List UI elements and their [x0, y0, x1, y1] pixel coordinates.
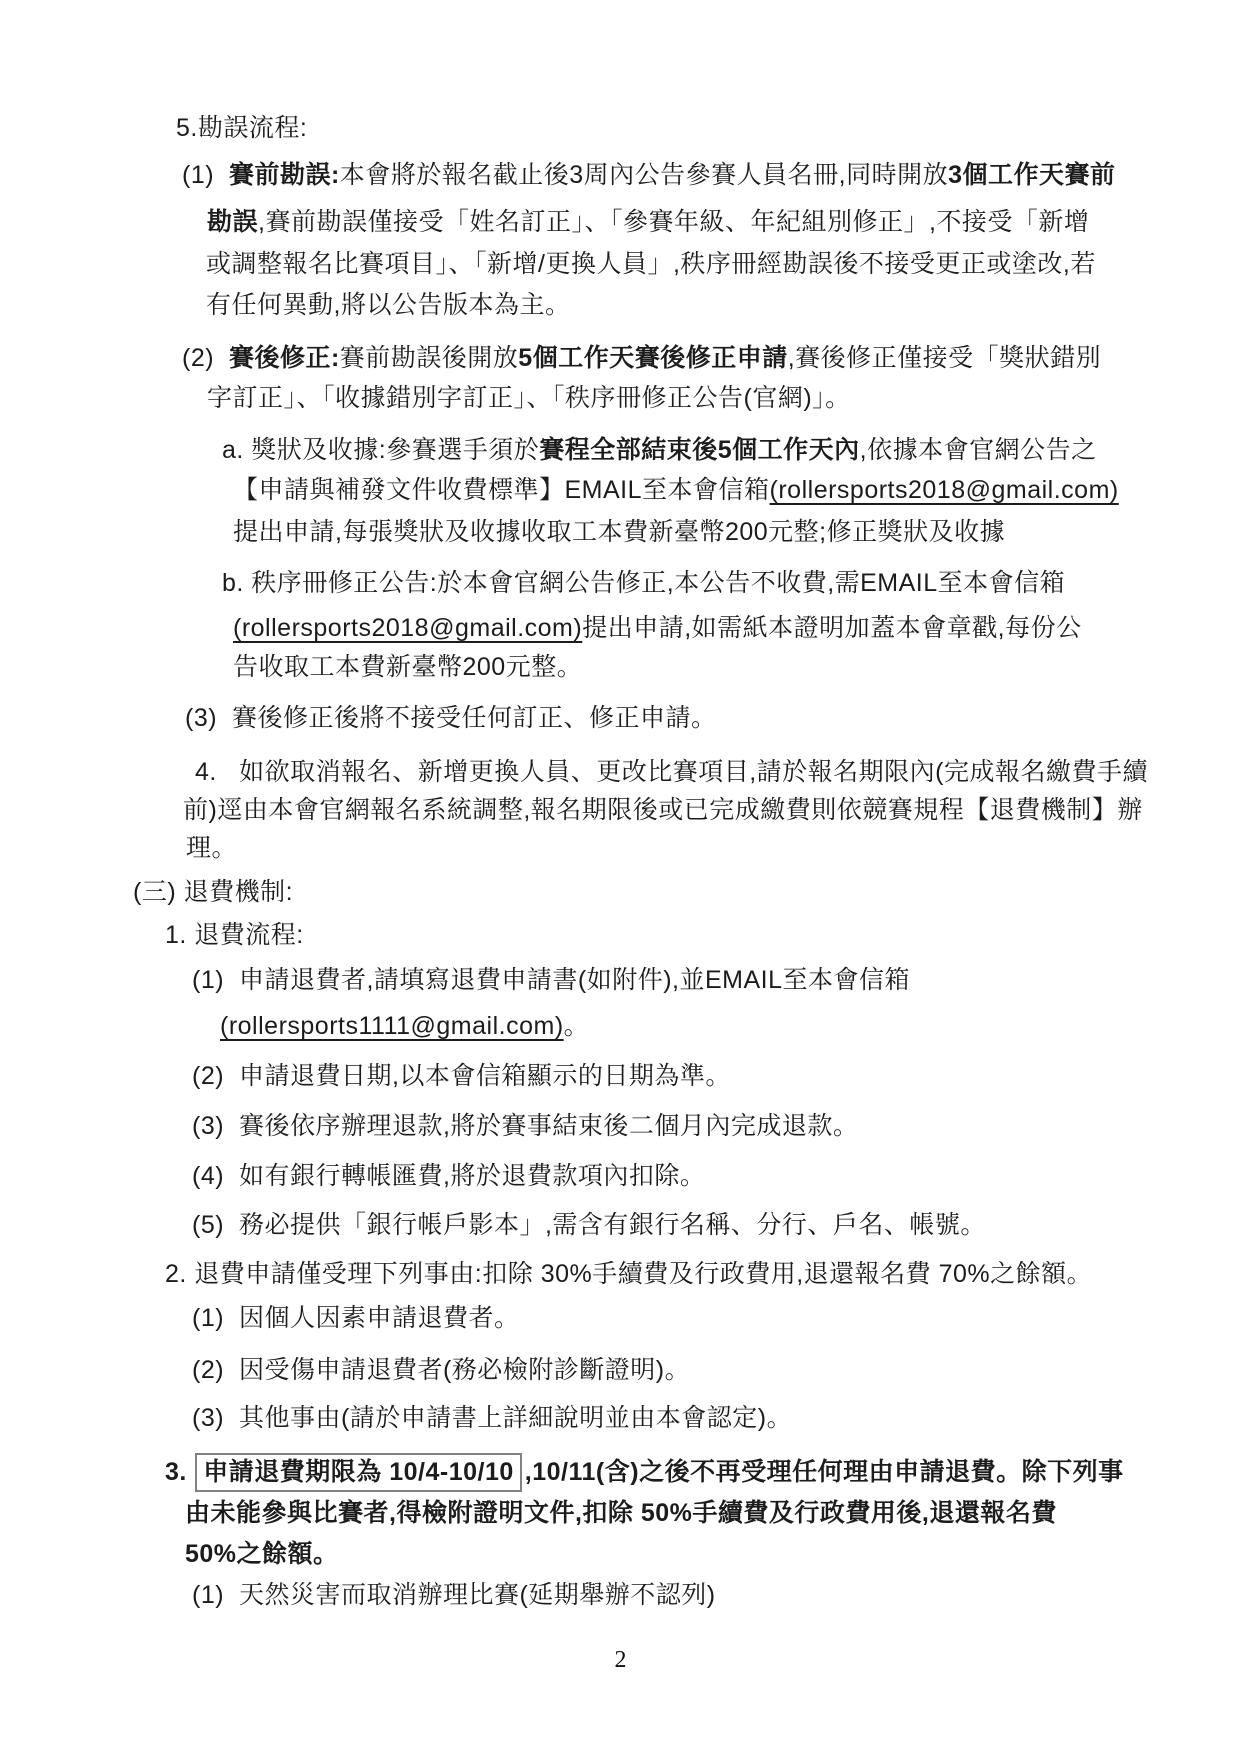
text-line-11: b. 秩序冊修正公告:於本會官網公告修正,本公告不收費,需EMAIL至本會信箱 [222, 564, 1065, 602]
text-segment: (2) [182, 344, 229, 372]
text-segment: a. 獎狀及收據:參賽選手須於 [222, 436, 539, 464]
text-line-10: 提出申請,每張獎狀及收據收取工本費新臺幣200元整;修正獎狀及收據 [233, 513, 1005, 551]
text-segment: 3. [165, 1458, 194, 1486]
text-segment: (1) 天然災害而取消辦理比賽(延期舉辦不認列) [192, 1581, 716, 1609]
text-segment: (2) 因受傷申請退費者(務必檢附診斷證明)。 [192, 1356, 690, 1384]
text-segment: 賽前勘誤後開放 [340, 344, 519, 372]
text-segment: (2) 申請退費日期,以本會信箱顯示的日期為準。 [192, 1062, 731, 1090]
text-segment: 2. 退費申請僅受理下列事由:扣除 30%手續費及行政費用,退還報名費 70%之… [165, 1260, 1092, 1288]
text-line-4: 或調整報名比賽項目」、「新增/更換人員」,秩序冊經勘誤後不接受更正或塗改,若 [206, 245, 1096, 283]
text-segment: 賽程全部結束後5個工作天內 [539, 436, 859, 464]
text-line-32: 50%之餘額。 [185, 1535, 339, 1573]
text-line-26: 2. 退費申請僅受理下列事由:扣除 30%手續費及行政費用,退還報名費 70%之… [165, 1255, 1092, 1293]
text-line-16: 前)逕由本會官網報名系統調整,報名期限後或已完成繳費則依競賽規程【退費機制】辦 [183, 791, 1143, 829]
text-line-30: 3. 申請退費期限為 10/4-10/10,10/11(含)之後不再受理任何理由… [165, 1453, 1124, 1492]
text-segment: b. 秩序冊修正公告:於本會官網公告修正,本公告不收費,需EMAIL至本會信箱 [222, 569, 1065, 597]
text-segment: (3) 其他事由(請於申請書上詳細說明並由本會認定)。 [192, 1404, 792, 1432]
text-segment: 5.勘誤流程: [176, 114, 307, 142]
text-segment: (1) 因個人因素申請退費者。 [192, 1304, 519, 1332]
text-segment: (3) 賽後依序辦理退款,將於賽事結束後二個月內完成退款。 [192, 1112, 858, 1140]
text-line-19: 1. 退費流程: [165, 916, 304, 954]
email-link[interactable]: (rollersports1111@gmail.com) [220, 1012, 564, 1040]
text-line-31: 由未能參與比賽者,得檢附證明文件,扣除 50%手續費及行政費用後,退還報名費 [185, 1494, 1057, 1532]
text-segment: 賽前勘誤: [229, 161, 340, 189]
text-segment: 提出申請,每張獎狀及收據收取工本費新臺幣200元整;修正獎狀及收據 [233, 518, 1005, 546]
text-segment: 5個工作天賽後修正申請 [518, 344, 787, 372]
text-segment: 由未能參與比賽者,得檢附證明文件,扣除 50%手續費及行政費用後,退還報名費 [185, 1499, 1057, 1527]
text-segment: 有任何異動,將以公告版本為主。 [206, 291, 570, 319]
text-line-7: 字訂正」、「收據錯別字訂正」、「秩序冊修正公告(官網)」。 [207, 379, 851, 417]
text-line-33: (1) 天然災害而取消辦理比賽(延期舉辦不認列) [192, 1576, 716, 1614]
text-line-2: (1) 賽前勘誤:本會將於報名截止後3周內公告參賽人員名冊,同時開放3個工作天賽… [182, 156, 1116, 194]
text-segment: 。 [564, 1012, 590, 1040]
text-line-13: 告收取工本費新臺幣200元整。 [233, 648, 582, 686]
text-line-29: (3) 其他事由(請於申請書上詳細說明並由本會認定)。 [192, 1399, 792, 1437]
text-line-8: a. 獎狀及收據:參賽選手須於賽程全部結束後5個工作天內,依據本會官網公告之 [222, 431, 1097, 469]
text-line-20: (1) 申請退費者,請填寫退費申請書(如附件),並EMAIL至本會信箱 [192, 961, 910, 999]
text-segment: 1. 退費流程: [165, 921, 304, 949]
text-segment: 或調整報名比賽項目」、「新增/更換人員」,秩序冊經勘誤後不接受更正或塗改,若 [206, 250, 1096, 278]
text-line-6: (2) 賽後修正:賽前勘誤後開放5個工作天賽後修正申請,賽後修正僅接受「獎狀錯別 [182, 339, 1101, 377]
text-line-17: 理。 [186, 829, 237, 867]
text-line-1: 5.勘誤流程: [176, 109, 307, 147]
text-line-18: (三) 退費機制: [133, 873, 293, 911]
text-line-14: (3) 賽後修正後將不接受任何訂正、修正申請。 [185, 699, 716, 737]
text-segment: 告收取工本費新臺幣200元整。 [233, 653, 582, 681]
text-line-22: (2) 申請退費日期,以本會信箱顯示的日期為準。 [192, 1057, 731, 1095]
text-segment: 本會將於報名截止後3周內公告參賽人員名冊,同時開放 [340, 161, 948, 189]
text-segment: (3) 賽後修正後將不接受任何訂正、修正申請。 [185, 704, 716, 732]
text-segment: (1) 申請退費者,請填寫退費申請書(如附件),並EMAIL至本會信箱 [192, 966, 910, 994]
text-segment: 3個工作天賽前 [948, 161, 1115, 189]
text-segment: ,賽後修正僅接受「獎狀錯別 [788, 344, 1101, 372]
text-segment: 【申請與補發文件收費標準】EMAIL至本會信箱 [233, 476, 770, 504]
document-page: 5.勘誤流程:(1) 賽前勘誤:本會將於報名截止後3周內公告參賽人員名冊,同時開… [0, 0, 1241, 1755]
text-segment: 50%之餘額。 [185, 1540, 339, 1568]
email-link[interactable]: (rollersports2018@gmail.com) [770, 476, 1119, 504]
text-segment: (三) 退費機制: [133, 878, 293, 906]
text-segment: 4. 如欲取消報名、新增更換人員、更改比賽項目,請於報名期限內(完成報名繳費手續 [195, 758, 1148, 786]
refund-deadline-box: 申請退費期限為 10/4-10/10 [195, 1453, 522, 1492]
page-number: 2 [0, 1647, 1241, 1674]
text-segment: 前)逕由本會官網報名系統調整,報名期限後或已完成繳費則依競賽規程【退費機制】辦 [183, 796, 1143, 824]
text-line-5: 有任何異動,將以公告版本為主。 [206, 286, 570, 324]
text-segment: (4) 如有銀行轉帳匯費,將於退費款項內扣除。 [192, 1162, 705, 1190]
text-segment: 勘誤 [207, 208, 258, 236]
text-line-28: (2) 因受傷申請退費者(務必檢附診斷證明)。 [192, 1351, 690, 1389]
text-segment: 理。 [186, 834, 237, 862]
text-line-27: (1) 因個人因素申請退費者。 [192, 1299, 519, 1337]
text-line-15: 4. 如欲取消報名、新增更換人員、更改比賽項目,請於報名期限內(完成報名繳費手續 [195, 753, 1148, 791]
text-line-21: (rollersports1111@gmail.com)。 [220, 1007, 589, 1045]
text-line-9: 【申請與補發文件收費標準】EMAIL至本會信箱(rollersports2018… [233, 471, 1119, 509]
text-segment: 字訂正」、「收據錯別字訂正」、「秩序冊修正公告(官網)」。 [207, 384, 851, 412]
text-segment: 賽後修正: [229, 344, 340, 372]
email-link[interactable]: (rollersports2018@gmail.com) [233, 614, 582, 642]
text-segment: (5) 務必提供「銀行帳戶影本」,需含有銀行名稱、分行、戶名、帳號。 [192, 1211, 986, 1239]
text-segment: 提出申請,如需紙本證明加蓋本會章戳,每份公 [582, 614, 1081, 642]
text-line-3: 勘誤,賽前勘誤僅接受「姓名訂正」、「參賽年級、年紀組別修正」,不接受「新增 [207, 203, 1089, 241]
text-segment: ,10/11(含)之後不再受理任何理由申請退費。除下列事 [525, 1458, 1124, 1486]
text-segment: ,依據本會官網公告之 [860, 436, 1097, 464]
text-line-24: (4) 如有銀行轉帳匯費,將於退費款項內扣除。 [192, 1157, 705, 1195]
text-segment: (1) [182, 161, 229, 189]
text-line-12: (rollersports2018@gmail.com)提出申請,如需紙本證明加… [233, 609, 1082, 647]
text-line-25: (5) 務必提供「銀行帳戶影本」,需含有銀行名稱、分行、戶名、帳號。 [192, 1206, 986, 1244]
text-segment: ,賽前勘誤僅接受「姓名訂正」、「參賽年級、年紀組別修正」,不接受「新增 [258, 208, 1089, 236]
text-line-23: (3) 賽後依序辦理退款,將於賽事結束後二個月內完成退款。 [192, 1107, 858, 1145]
